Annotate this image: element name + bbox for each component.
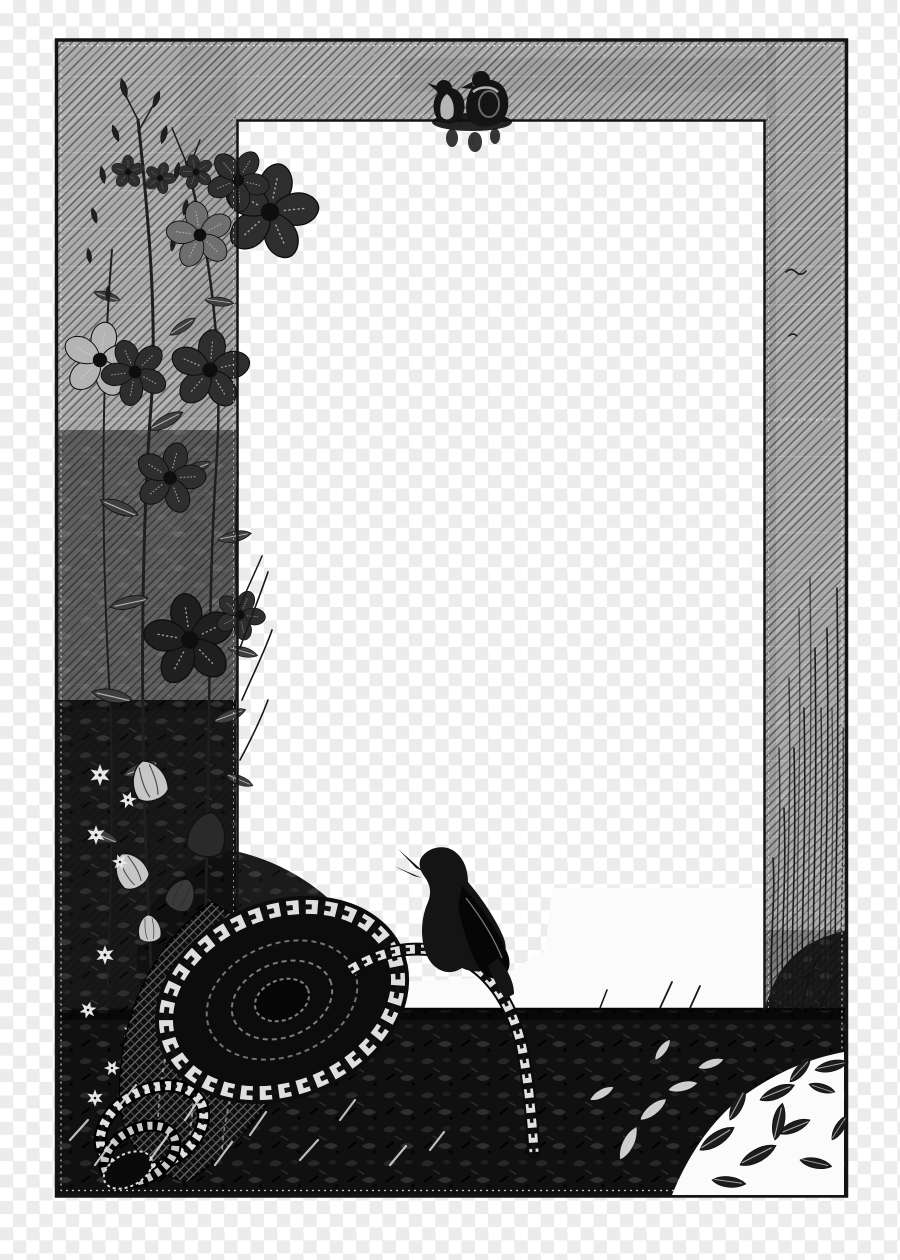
opening-outline [238, 121, 765, 1011]
handle-bird [394, 847, 514, 999]
engraved-frame-illustration [0, 0, 900, 1260]
artboard: Vintage black-and-white wood-engraved pi… [0, 0, 900, 1260]
